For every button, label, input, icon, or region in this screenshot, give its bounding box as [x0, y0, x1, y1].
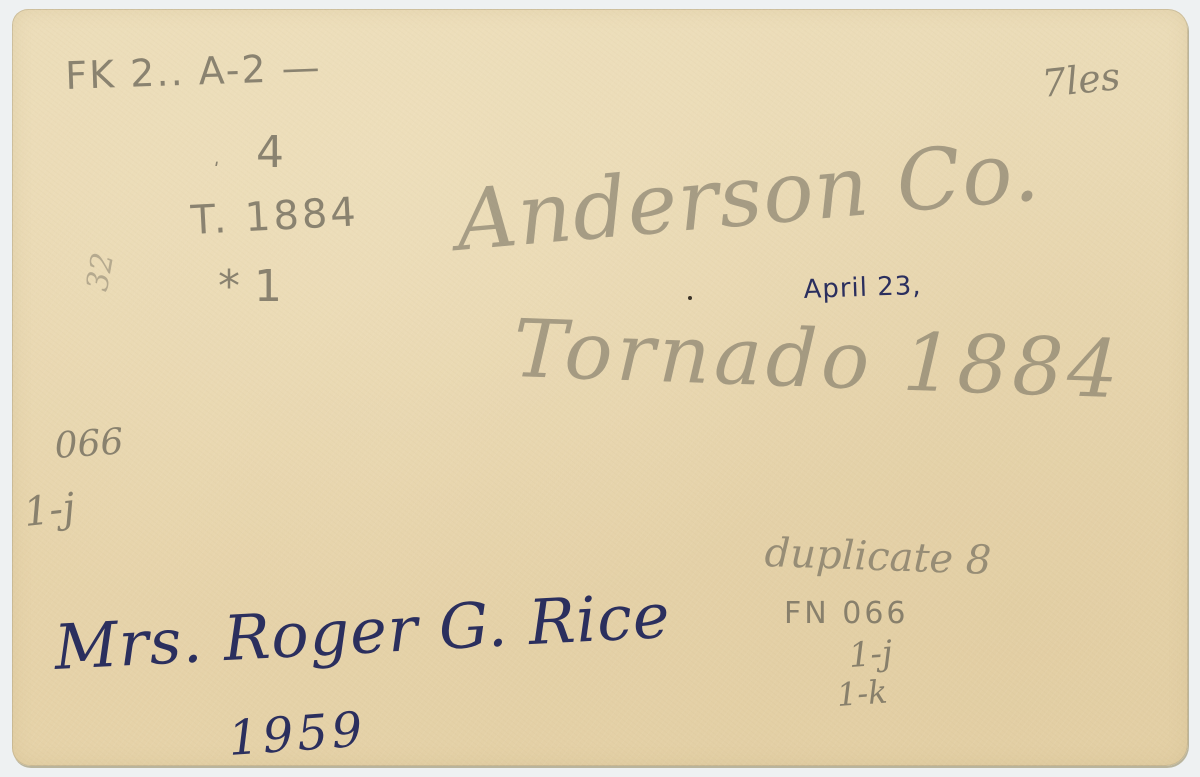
catalog-code-line2: 4: [256, 131, 288, 175]
duplicate-fn-code: FN 066: [784, 599, 909, 629]
scan-background: FK 2.. A-2 — 4 ˈ T. 1884 *1 32 7les Ande…: [0, 0, 1200, 777]
catalog-code-line1: FK 2.. A-2 —: [65, 48, 323, 95]
catalog-code-line4: *1: [218, 265, 296, 309]
duplicate-code-k: 1-k: [836, 676, 889, 711]
donor-year: 1959: [227, 705, 368, 763]
catalog-code-line3: T. 1884: [190, 192, 360, 241]
pencil-tick-mark: ˈ: [214, 161, 219, 179]
date-ink: April 23,: [803, 273, 922, 303]
duplicate-note: duplicate 8: [764, 533, 992, 581]
top-right-mark: 7les: [1040, 57, 1122, 103]
photo-card-back: FK 2.. A-2 — 4 ˈ T. 1884 *1 32 7les Ande…: [12, 9, 1188, 766]
faint-erased-mark: 32: [83, 251, 119, 294]
left-code-line1: 066: [53, 424, 124, 465]
ink-dot: [688, 296, 692, 300]
title-event: Tornado 1884: [512, 309, 1124, 410]
donor-name: Mrs. Roger G. Rice: [53, 585, 672, 679]
duplicate-code-j: 1-j: [848, 636, 894, 673]
title-location: Anderson Co.: [453, 128, 1043, 263]
left-code-line2: 1-j: [22, 488, 77, 533]
